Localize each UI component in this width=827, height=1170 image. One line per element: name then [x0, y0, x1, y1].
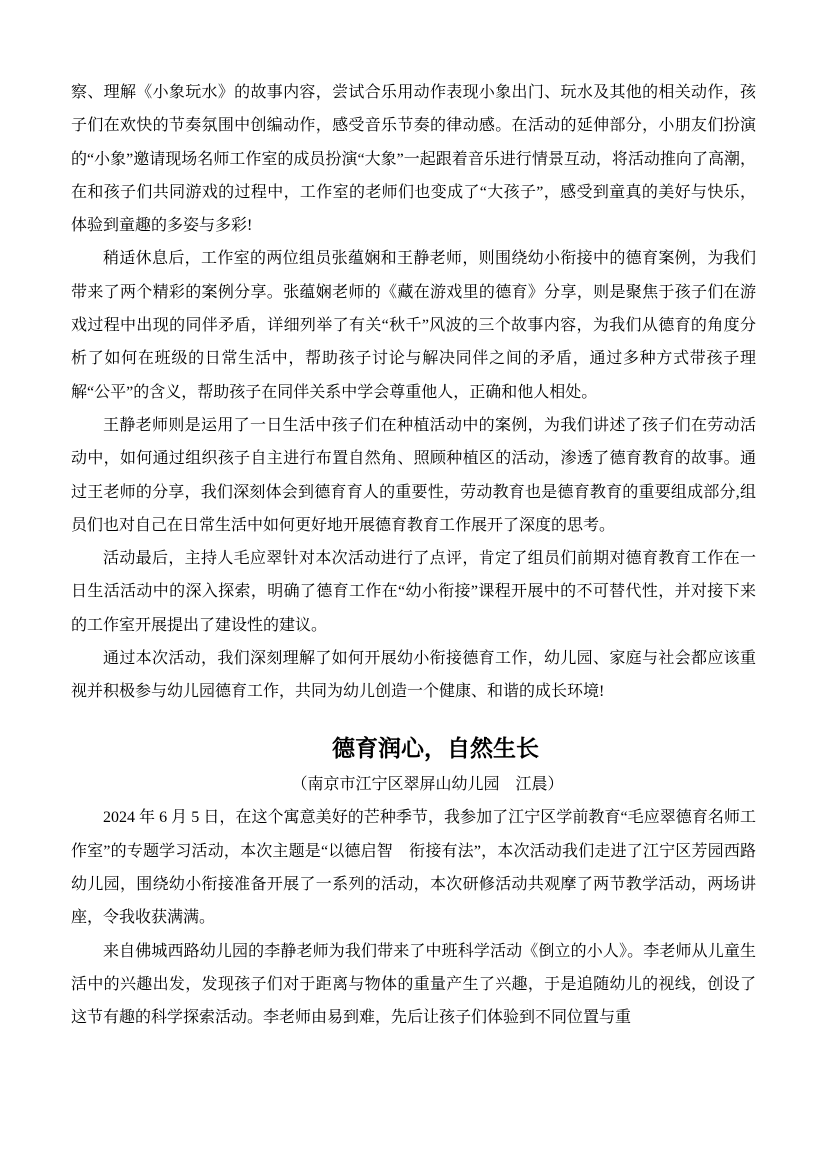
- article-title: 德育润心，自然生长: [93, 732, 778, 766]
- article-paragraph: 来自佛城西路幼儿园的李静老师为我们带来了中班科学活动《倒立的小人》。李老师从儿童…: [71, 935, 756, 1035]
- paragraph: 察、理解《小象玩水》的故事内容，尝试合乐用动作表现小象出门、玩水及其他的相关动作…: [71, 76, 756, 242]
- document-body: 察、理解《小象玩水》的故事内容，尝试合乐用动作表现小象出门、玩水及其他的相关动作…: [71, 76, 756, 1035]
- paragraph: 王静老师则是运用了一日生活中孩子们在种植活动中的案例，为我们讲述了孩子们在劳动活…: [71, 409, 756, 542]
- paragraph: 稍适休息后，工作室的两位组员张蕴娴和王静老师，则围绕幼小衔接中的德育案例，为我们…: [71, 242, 756, 408]
- document-page: 察、理解《小象玩水》的故事内容，尝试合乐用动作表现小象出门、玩水及其他的相关动作…: [0, 0, 827, 1170]
- paragraph: 通过本次活动，我们深刻理解了如何开展幼小衔接德育工作，幼儿园、家庭与社会都应该重…: [71, 642, 756, 709]
- paragraph: 活动最后，主持人毛应翠针对本次活动进行了点评，肯定了组员们前期对德育教育工作在一…: [71, 542, 756, 642]
- article-paragraph: 2024 年 6 月 5 日，在这个寓意美好的芒种季节，我参加了江宁区学前教育“…: [71, 801, 756, 934]
- article-byline: （南京市江宁区翠屏山幼儿园 江晨）: [85, 768, 770, 801]
